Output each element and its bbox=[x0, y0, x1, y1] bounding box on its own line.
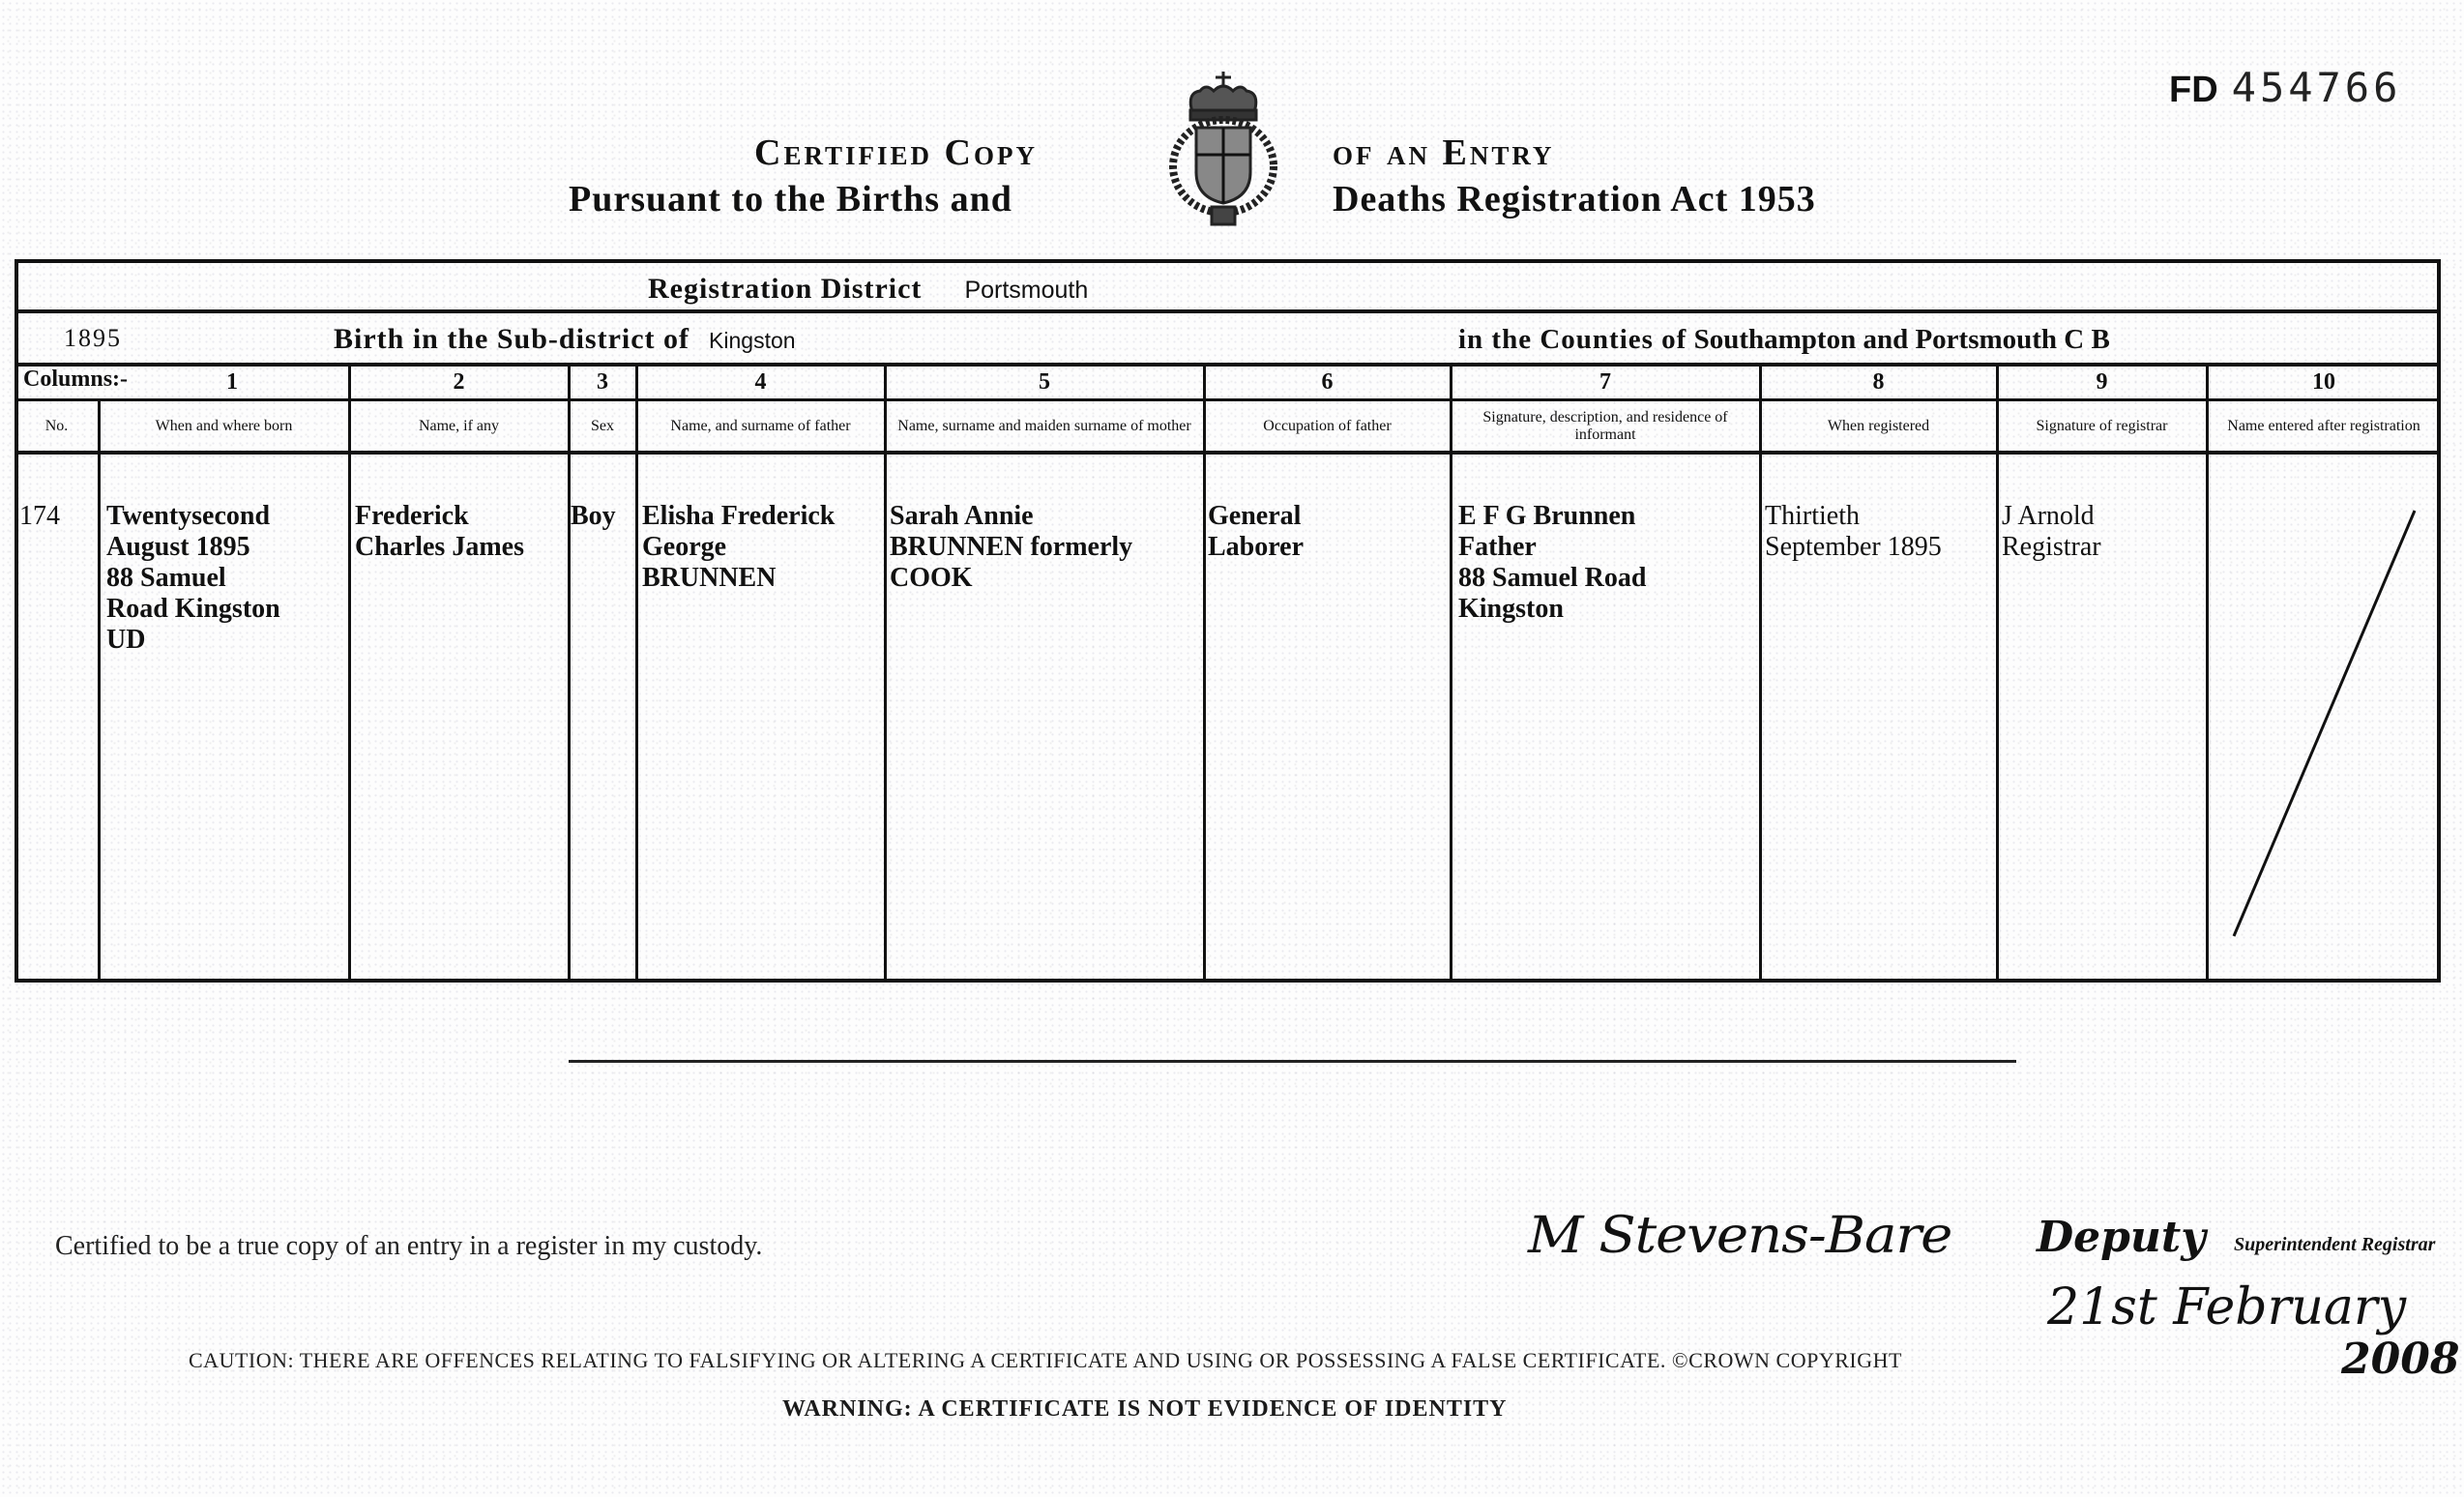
subdistrict-value: Kingston bbox=[709, 328, 796, 353]
title-certified-copy: Certified Copy bbox=[754, 132, 1038, 174]
registration-district: Registration DistrictPortsmouth bbox=[648, 273, 1088, 306]
registrar-title: Superintendent Registrar bbox=[2234, 1234, 2435, 1256]
column-divider bbox=[635, 365, 638, 983]
column-number: 1 bbox=[174, 366, 290, 398]
subdistrict: Birth in the Sub-district ofKingston bbox=[334, 323, 796, 356]
header-father: Name, and surname of father bbox=[636, 401, 885, 452]
column-divider bbox=[98, 398, 101, 983]
entry-occupation: General Laborer bbox=[1208, 501, 1304, 563]
header-when-registered: When registered bbox=[1760, 401, 1997, 452]
county: in the Counties of Southampton and Ports… bbox=[1458, 324, 2110, 356]
column-number: 6 bbox=[1204, 366, 1451, 398]
certificate-serial: FD454766 bbox=[2169, 64, 2401, 111]
header-mother: Name, surname and maiden surname of moth… bbox=[885, 401, 1204, 452]
column-divider bbox=[884, 365, 887, 983]
county-value: Southampton and Portsmouth C B bbox=[1694, 324, 2110, 355]
deputy-handwritten: Deputy bbox=[2037, 1213, 2206, 1262]
entry-father: Elisha Frederick George BRUNNEN bbox=[642, 501, 835, 594]
county-label: in the Counties of bbox=[1458, 324, 1687, 355]
header-occupation: Occupation of father bbox=[1204, 401, 1451, 452]
entry-mother: Sarah Annie BRUNNEN formerly COOK bbox=[890, 501, 1132, 594]
header-name: Name, if any bbox=[349, 401, 569, 452]
certification-statement: Certified to be a true copy of an entry … bbox=[55, 1231, 762, 1262]
column-divider bbox=[1203, 365, 1206, 983]
row-divider bbox=[15, 309, 2441, 313]
entry-registrar: J Arnold Registrar bbox=[2002, 501, 2101, 563]
title-pursuant: Pursuant to the Births and bbox=[569, 178, 1012, 220]
header-informant: Signature, description, and residence of… bbox=[1451, 401, 1760, 452]
column-number: 2 bbox=[349, 366, 569, 398]
entry-informant: E F G Brunnen Father 88 Samuel Road King… bbox=[1458, 501, 1646, 625]
royal-coat-of-arms-icon bbox=[1156, 66, 1291, 230]
registrar-signature: M Stevens-Bare bbox=[1528, 1207, 1951, 1265]
entry-sex: Boy bbox=[571, 501, 616, 532]
column-divider bbox=[1996, 365, 1999, 983]
column-divider bbox=[2206, 365, 2209, 983]
serial-prefix: FD bbox=[2169, 70, 2218, 110]
header-registrar: Signature of registrar bbox=[1997, 401, 2207, 452]
column-number: 4 bbox=[636, 366, 885, 398]
entry-when-where-born: Twentysecond August 1895 88 Samuel Road … bbox=[106, 501, 280, 656]
header-sex: Sex bbox=[569, 401, 636, 452]
column-number: 5 bbox=[885, 366, 1204, 398]
column-divider bbox=[348, 365, 351, 983]
issue-date-handwritten: 21st February bbox=[2047, 1278, 2406, 1336]
column-divider bbox=[568, 365, 571, 983]
column-number: 7 bbox=[1451, 366, 1760, 398]
title-of-an-entry: of an Entry bbox=[1333, 132, 1554, 174]
column-number: 3 bbox=[569, 366, 636, 398]
column-number: 8 bbox=[1760, 366, 1997, 398]
signature-divider bbox=[569, 1060, 2016, 1063]
caution-notice: CAUTION: THERE ARE OFFENCES RELATING TO … bbox=[189, 1348, 1902, 1373]
serial-number: 454766 bbox=[2232, 64, 2402, 111]
header-name-after-registration: Name entered after registration bbox=[2207, 401, 2441, 452]
column-divider bbox=[1759, 365, 1762, 983]
registration-district-label: Registration District bbox=[648, 273, 922, 305]
issue-year-handwritten: 2008 bbox=[2341, 1335, 2459, 1384]
header-no: No. bbox=[15, 401, 99, 452]
header-when-where-born: When and where born bbox=[99, 401, 349, 452]
entry-when-registered: Thirtieth September 1895 bbox=[1765, 501, 1942, 563]
identity-warning: WARNING: A CERTIFICATE IS NOT EVIDENCE O… bbox=[782, 1396, 1508, 1423]
columns-label: Columns:- bbox=[23, 367, 128, 393]
entry-no: 174 bbox=[19, 501, 60, 532]
subdistrict-label: Birth in the Sub-district of bbox=[334, 323, 689, 355]
column-divider bbox=[1450, 365, 1452, 983]
entry-year: 1895 bbox=[64, 324, 122, 353]
column-number: 10 bbox=[2207, 366, 2441, 398]
registration-district-value: Portsmouth bbox=[964, 277, 1088, 304]
column-number: 9 bbox=[1997, 366, 2207, 398]
entry-name: Frederick Charles James bbox=[355, 501, 524, 563]
title-act: Deaths Registration Act 1953 bbox=[1333, 178, 1816, 220]
